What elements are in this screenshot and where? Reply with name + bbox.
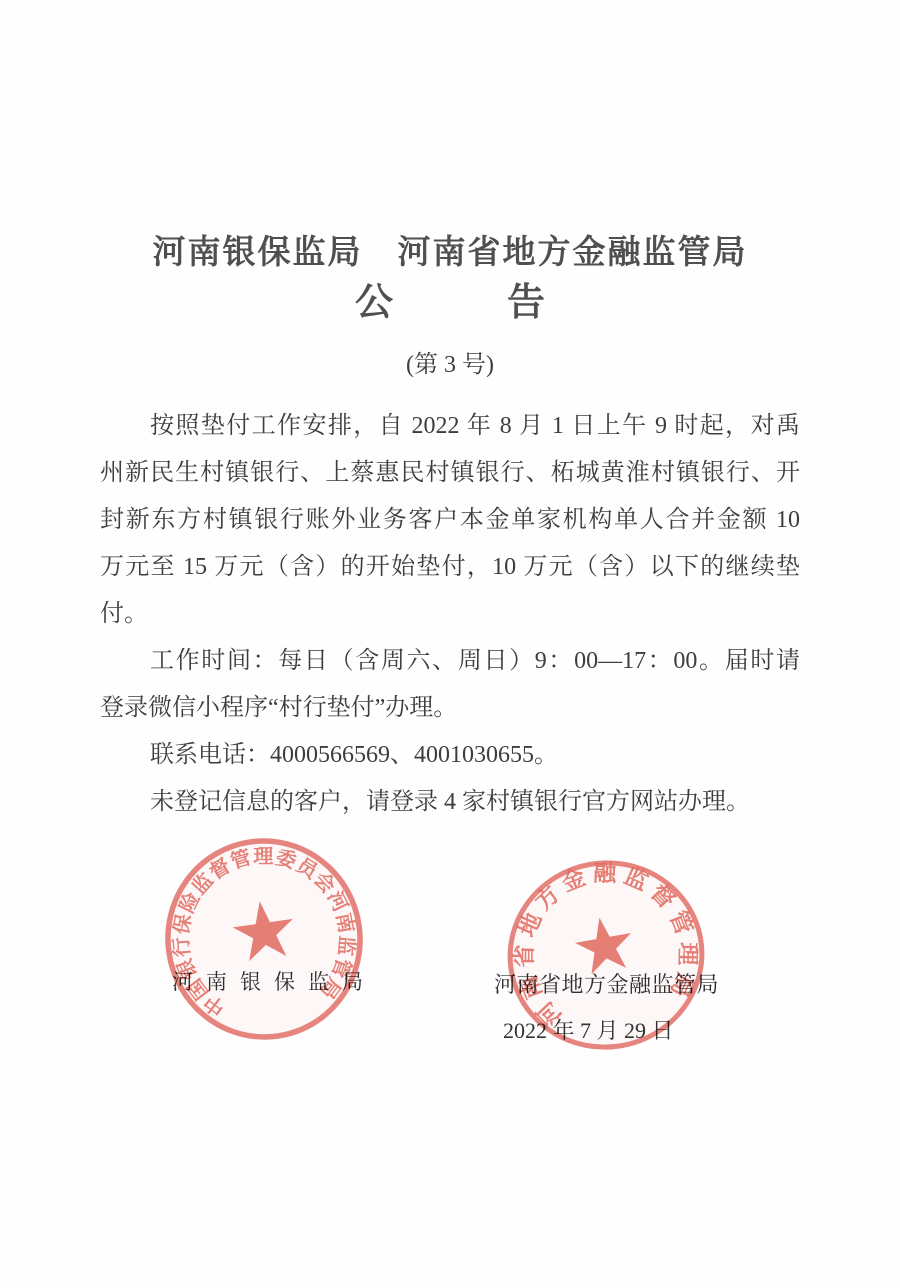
left-signature: 河南银保监局 xyxy=(172,966,376,996)
body-line: 付。 xyxy=(100,591,800,638)
body-line: 封新东方村镇银行账外业务客户本金单家机构单人合并金额 10 xyxy=(100,497,800,544)
signature-date: 2022 年 7 月 29 日 xyxy=(503,1014,674,1045)
seal-star-icon xyxy=(571,913,637,976)
body-line: 按照垫付工作安排，自 2022 年 8 月 1 日上午 9 时起，对禹 xyxy=(100,403,800,450)
body-line: 州新民生村镇银行、上蔡惠民村镇银行、柘城黄淮村镇银行、开 xyxy=(100,450,800,497)
right-signature: 河南省地方金融监管局 xyxy=(494,968,719,999)
left-official-seal-icon: 中国银行保险监督管理委员会河南监管局 xyxy=(154,829,374,1049)
seal-ring xyxy=(155,829,372,1049)
document-body: 按照垫付工作安排，自 2022 年 8 月 1 日上午 9 时起，对禹 州新民生… xyxy=(100,403,800,826)
body-line: 万元至 15 万元（含）的开始垫付，10 万元（含）以下的继续垫 xyxy=(100,544,800,591)
seal-star-icon xyxy=(230,897,298,963)
body-line: 联系电话：4000566569、4001030655。 xyxy=(100,732,800,779)
body-line: 未登记信息的客户，请登录 4 家村镇银行官方网站办理。 xyxy=(100,779,800,826)
announcement-heading: 公 告 xyxy=(0,271,900,326)
announcement-document: 河南银保监局 河南省地方金融监管局 公 告 (第 3 号) 按照垫付工作安排，自… xyxy=(0,0,900,1288)
seal-ring-text: 河南省地方金融监督管理局 xyxy=(496,845,712,1035)
body-line: 登录微信小程序“村行垫付”办理。 xyxy=(100,685,800,732)
body-line: 工作时间：每日（含周六、周日）9：00—17：00。届时请 xyxy=(100,638,800,685)
document-number: (第 3 号) xyxy=(0,344,900,379)
page-title: 河南银保监局 河南省地方金融监管局 xyxy=(0,226,900,273)
seal-ring-text: 中国银行保险监督管理委员会河南监管局 xyxy=(156,831,368,1026)
